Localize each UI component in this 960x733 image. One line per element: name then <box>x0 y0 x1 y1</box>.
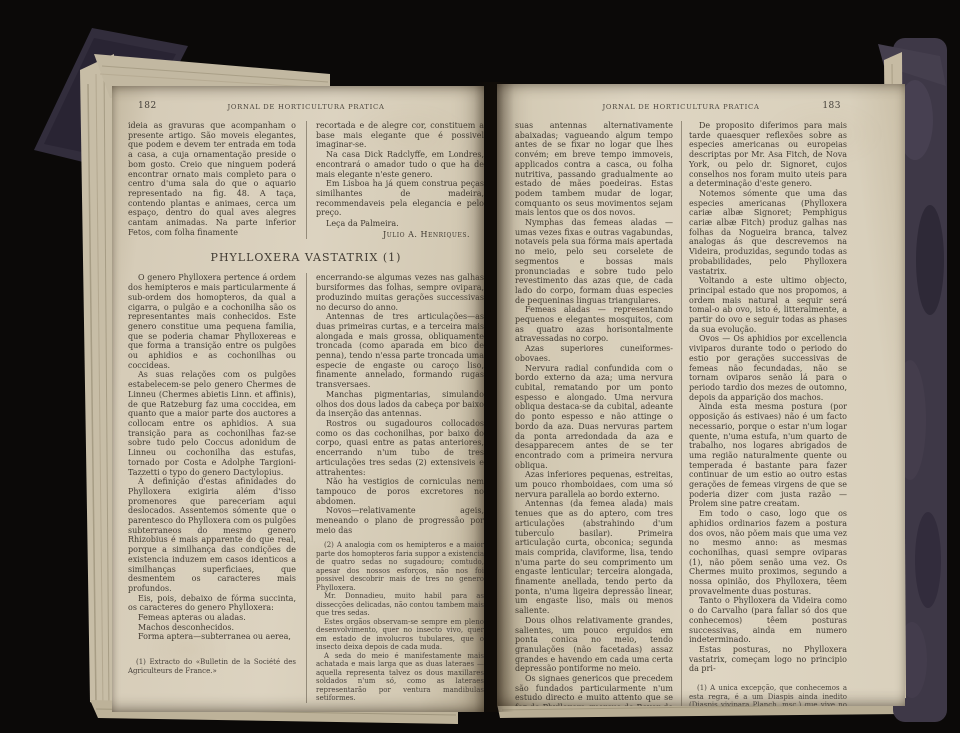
paragraph: Notemos sómente que uma das especies ame… <box>689 189 847 276</box>
paragraph: Machos desconhecidos. <box>128 623 296 633</box>
paragraph: Dous olhos relativamente grandes, salien… <box>515 616 673 674</box>
paragraph: ideia as gravuras que acompanham o prese… <box>128 121 296 237</box>
paragraph: Á definição d'estas afinidades do Phyllo… <box>128 477 296 593</box>
column-left: O genero Phylloxera pertence á ordem dos… <box>128 273 296 702</box>
page-header: 182 JORNAL DE HORTICULTURA PRATICA <box>128 100 484 114</box>
paragraph: Em todo o caso, logo que os aphidios ord… <box>689 509 847 596</box>
text-block: De proposito diferimos para mais tarde q… <box>689 121 847 674</box>
paragraph: Mr. Donnadieu, muito habil para as disse… <box>316 592 484 618</box>
paragraph: Estes orgãos observam-se sempre em pleno… <box>316 618 484 652</box>
paragraph: Nymphas das femeas aladas — umas vezes f… <box>515 218 673 305</box>
text-block: encerrando-se algumas vezes nas galhas b… <box>316 273 484 535</box>
page-183-content: JORNAL DE HORTICULTURA PRATICA 183 suas … <box>515 100 847 706</box>
text-block: recortada e de alegre cor, constituem a … <box>316 121 484 218</box>
paragraph: Forma aptera—subterranea ou aerea, <box>128 632 296 642</box>
paragraph: Antennas de tres articulações—as duas pr… <box>316 312 484 390</box>
article-columns: O genero Phylloxera pertence á ordem dos… <box>128 273 484 702</box>
text-block: O genero Phylloxera pertence á ordem dos… <box>128 273 296 642</box>
signature-name: Julio A. Henriques. <box>316 230 484 240</box>
paragraph: Femeas aladas — representando pequenos e… <box>515 305 673 344</box>
running-title: JORNAL DE HORTICULTURA PRATICA <box>515 103 847 111</box>
paragraph: Femeas apteras ou aladas. <box>128 613 296 623</box>
page-number: 183 <box>822 101 841 111</box>
paragraph: (1) Extracto do «Bulletin de la Société … <box>128 658 296 675</box>
paragraph: Ainda esta mesma postura (por opposição … <box>689 402 847 509</box>
paragraph: (2) A analogia com os hemipteros e a mai… <box>316 541 484 592</box>
page-header: JORNAL DE HORTICULTURA PRATICA 183 <box>515 100 847 114</box>
paragraph: Eis, pois, debaixo de fórma succinta, os… <box>128 594 296 613</box>
article-columns: suas antennas alternativamente abaixadas… <box>515 121 847 706</box>
paragraph: Voltando a este ultimo objecto, principa… <box>689 276 847 334</box>
column-left: suas antennas alternativamente abaixadas… <box>515 121 673 706</box>
paragraph: Tanto o Phylloxera da Videira como o do … <box>689 596 847 645</box>
footnote: (2) A analogia com os hemipteros e a mai… <box>316 541 484 703</box>
paragraph: recortada e de alegre cor, constituem a … <box>316 121 484 150</box>
paragraph: suas antennas alternativamente abaixadas… <box>515 121 673 218</box>
text-block: suas antennas alternativamente abaixadas… <box>515 121 673 706</box>
column-right: encerrando-se algumas vezes nas galhas b… <box>316 273 484 702</box>
paragraph: O genero Phylloxera pertence á ordem dos… <box>128 273 296 370</box>
paragraph: Nervura radial confundida com o bordo ex… <box>515 364 673 471</box>
paragraph: encerrando-se algumas vezes nas galhas b… <box>316 273 484 312</box>
signature-place: Leça da Palmeira. <box>316 219 484 229</box>
footnote: (1) Extracto do «Bulletin de la Société … <box>128 658 296 675</box>
article-title: PHYLLOXERA VASTATRIX (1) <box>128 251 484 264</box>
page-182: 182 JORNAL DE HORTICULTURA PRATICA ideia… <box>112 86 484 712</box>
paragraph: Antennas (da femea alada) mais tenues qu… <box>515 499 673 615</box>
footnote: (1) A unica excepção, que conhecemos a e… <box>689 684 847 706</box>
paragraph: Não ha vestigios de corniculas nem tampo… <box>316 477 484 506</box>
paragraph: De proposito diferimos para mais tarde q… <box>689 121 847 189</box>
text-block: ideia as gravuras que acompanham o prese… <box>128 121 296 237</box>
page-183: JORNAL DE HORTICULTURA PRATICA 183 suas … <box>497 84 905 706</box>
paragraph: A seda do meio é manifestamente mais ach… <box>316 652 484 703</box>
paragraph: Rostros ou sugadouros collocados como os… <box>316 419 484 477</box>
paragraph: Azas superiores cuneiformes-obovaes. <box>515 344 673 363</box>
paragraph: Novos—relativamente ageis, meneando o pl… <box>316 506 484 535</box>
paragraph: Em Lisboa ha já quem construa peças simi… <box>316 179 484 218</box>
column-right: recortada e de alegre cor, constituem a … <box>316 121 484 239</box>
paragraph: Manchas pigmentarias, simulando olhos do… <box>316 390 484 419</box>
column-right: De proposito diferimos para mais tarde q… <box>689 121 847 706</box>
column-rule <box>681 121 682 706</box>
running-title: JORNAL DE HORTICULTURA PRATICA <box>128 103 484 111</box>
paragraph: Estas posturas, no Phylloxera vastatrix,… <box>689 645 847 674</box>
paragraph: Na casa Dick Radclyffe, em Londres, enco… <box>316 150 484 179</box>
paragraph: (1) A unica excepção, que conhecemos a e… <box>689 684 847 706</box>
open-book-photo: 182 JORNAL DE HORTICULTURA PRATICA ideia… <box>0 0 960 733</box>
paragraph: Azas inferiores pequenas, estreitas, um … <box>515 470 673 499</box>
paragraph: As suas relações com os pulgões estabele… <box>128 370 296 477</box>
column-rule <box>306 273 307 702</box>
intro-columns: ideia as gravuras que acompanham o prese… <box>128 121 484 239</box>
paragraph: Ovos — Os aphidios por excellencia vivip… <box>689 334 847 402</box>
column-rule <box>306 121 307 239</box>
page-182-content: 182 JORNAL DE HORTICULTURA PRATICA ideia… <box>128 100 484 703</box>
paragraph: Os signaes genericos que precedem são fu… <box>515 674 673 706</box>
column-left: ideia as gravuras que acompanham o prese… <box>128 121 296 239</box>
